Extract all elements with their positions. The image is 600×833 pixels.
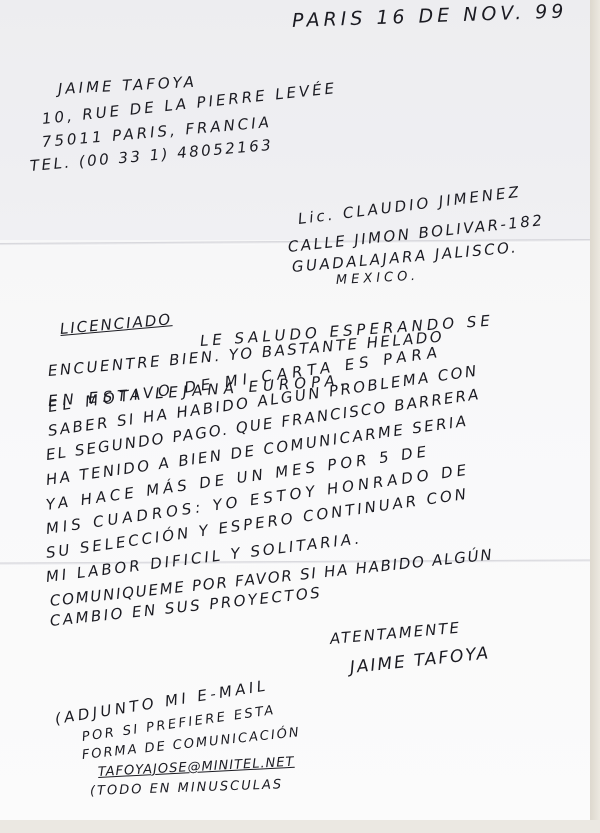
paper-edge-bottom [0, 820, 600, 833]
paper-edge-right [590, 0, 600, 833]
